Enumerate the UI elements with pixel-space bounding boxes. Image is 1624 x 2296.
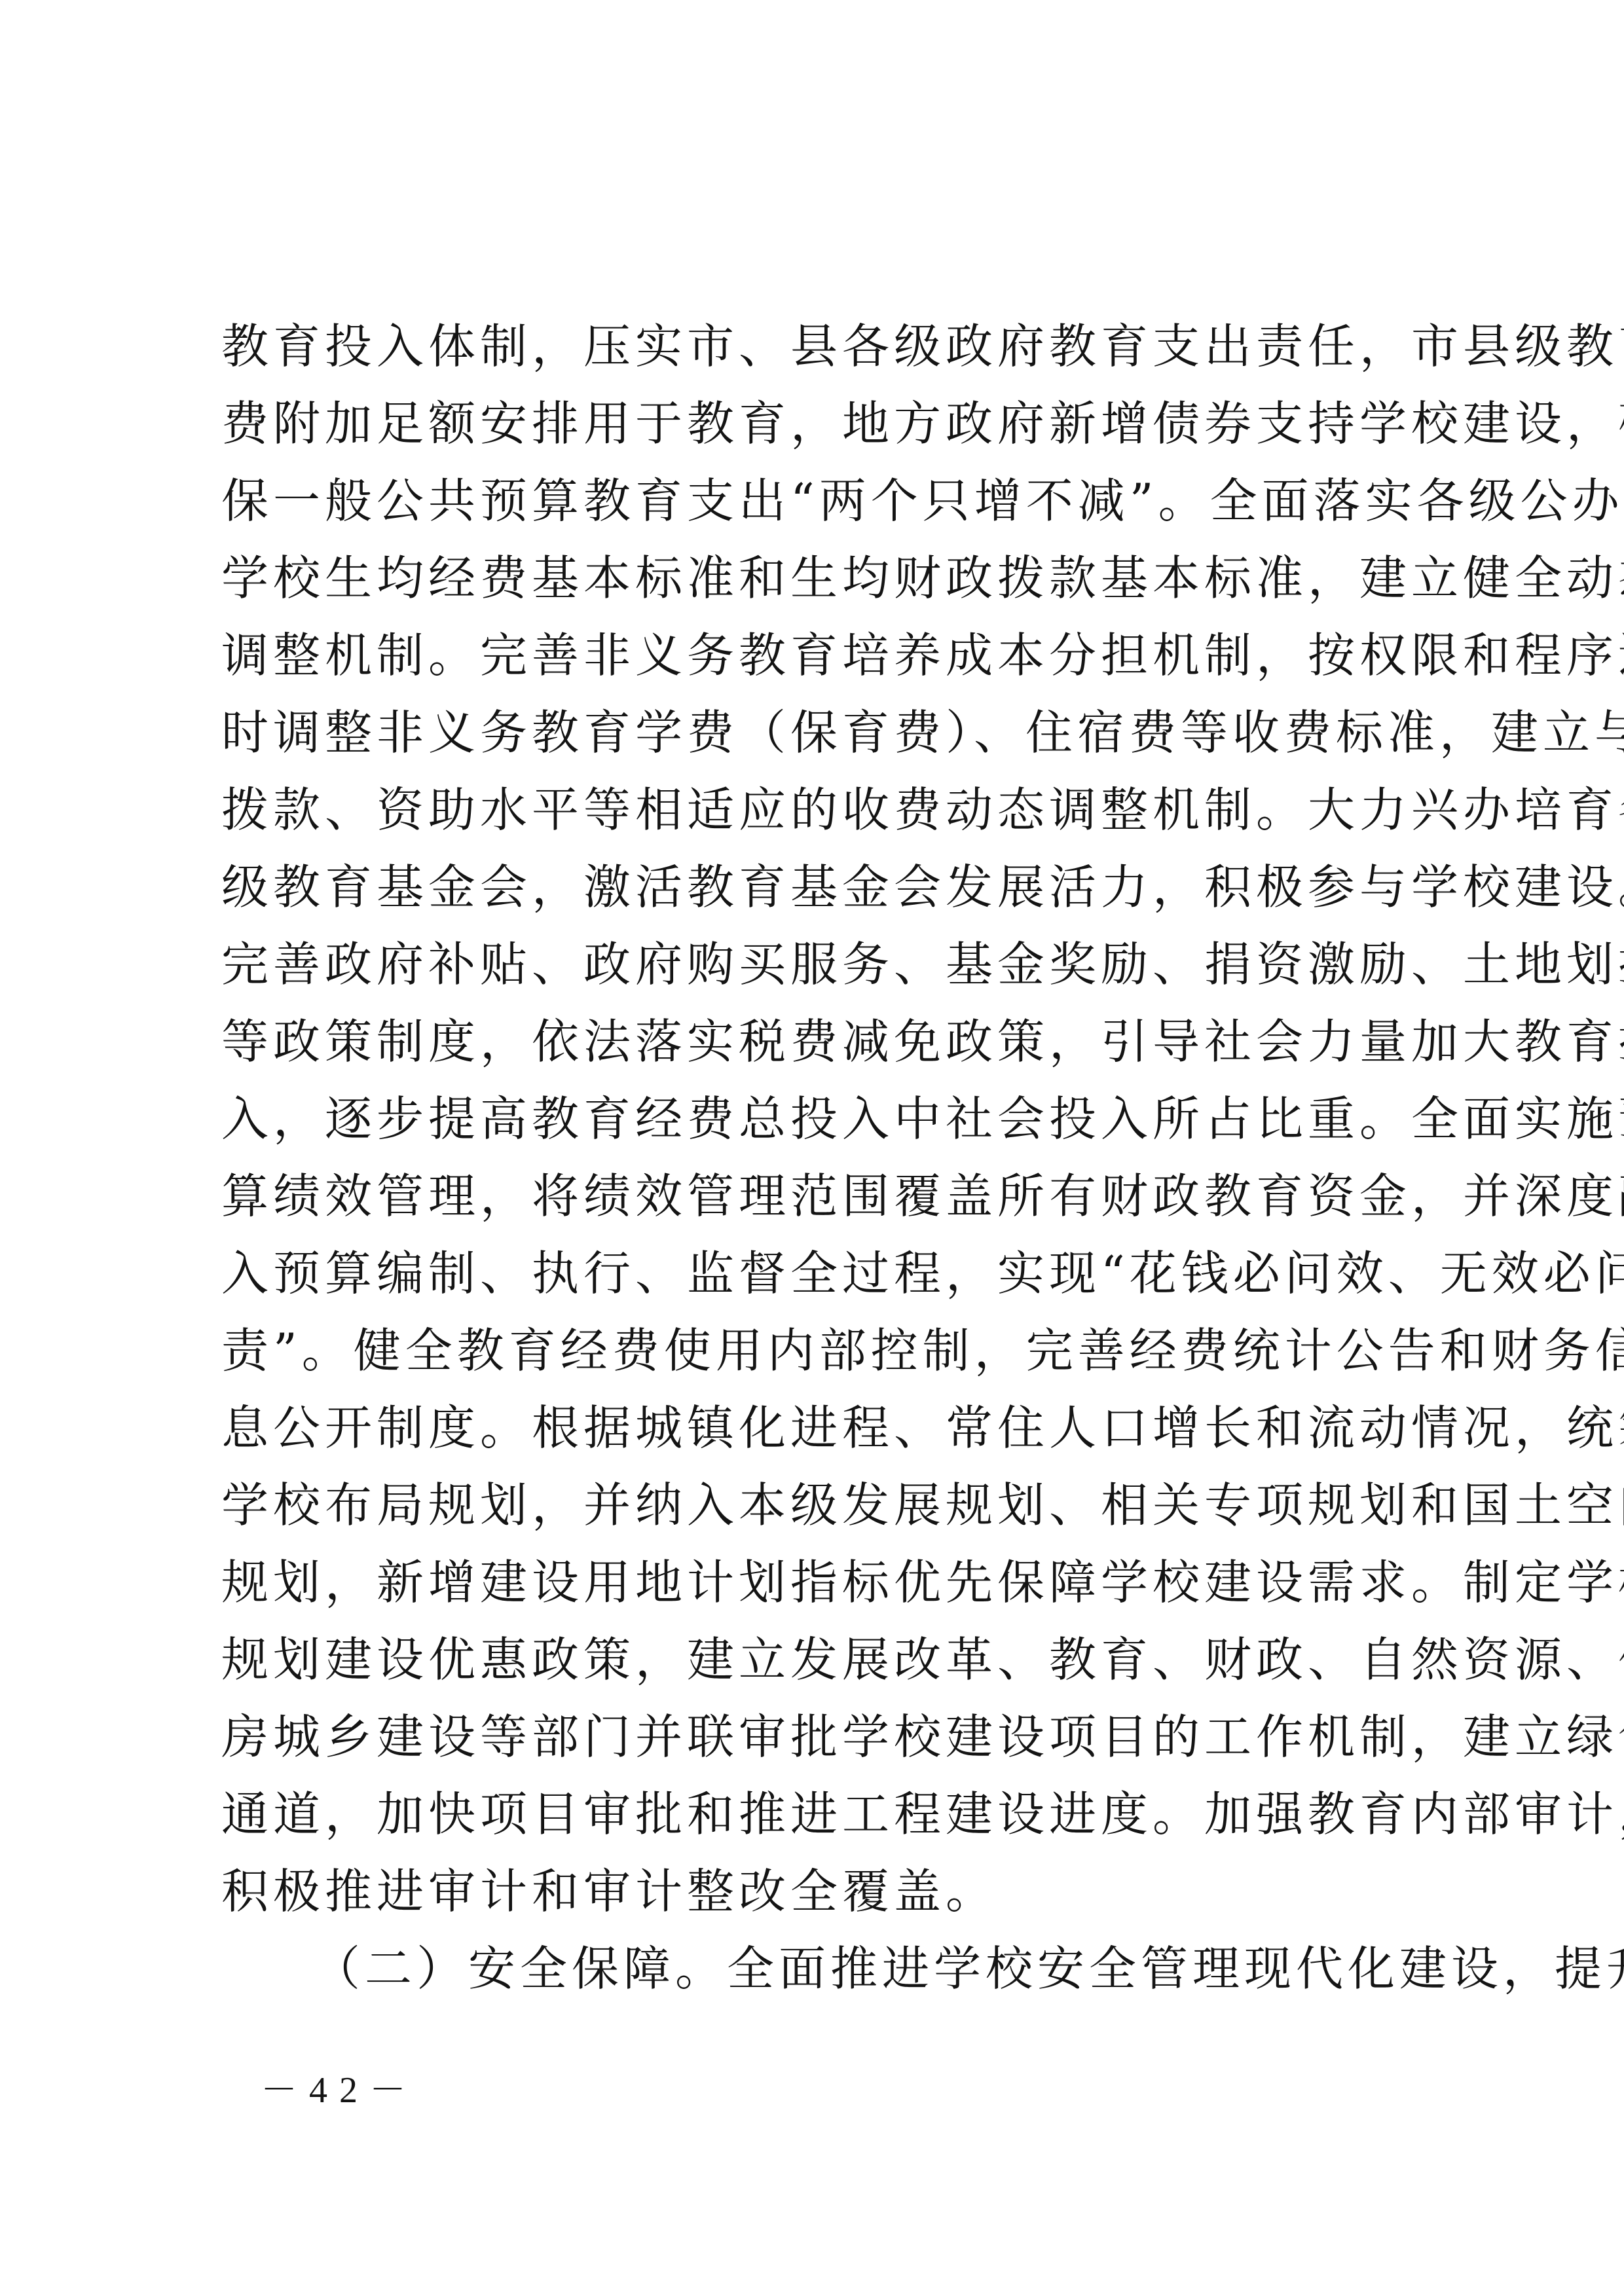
text-line: 等政策制度，依法落实税费减免政策，引导社会力量加大教育投 — [221, 1003, 1426, 1080]
text-line: 拨款、资助水平等相适应的收费动态调整机制。大力兴办培育各 — [221, 771, 1426, 848]
text-line: 规划，新增建设用地计划指标优先保障学校建设需求。制定学校 — [221, 1544, 1426, 1621]
text-line: 时调整非义务教育学费（保育费）、住宿费等收费标准，建立与 — [221, 694, 1426, 771]
text-line: 费附加足额安排用于教育，地方政府新增债券支持学校建设，确 — [221, 385, 1426, 462]
body-text: 教育投入体制，压实市、县各级政府教育支出责任，市县级教育 费附加足额安排用于教育… — [221, 308, 1426, 2007]
text-line: 保一般公共预算教育支出“两个只增不减”。全面落实各级公办 — [221, 462, 1426, 539]
document-page: 教育投入体制，压实市、县各级政府教育支出责任，市县级教育 费附加足额安排用于教育… — [0, 0, 1624, 2296]
text-line: 完善政府补贴、政府购买服务、基金奖励、捐资激励、土地划拨 — [221, 926, 1426, 1003]
text-line: 责”。健全教育经费使用内部控制，完善经费统计公告和财务信 — [221, 1312, 1426, 1389]
page-number: －42－ — [261, 2061, 418, 2113]
text-line: 房城乡建设等部门并联审批学校建设项目的工作机制，建立绿色 — [221, 1698, 1426, 1776]
text-line: 入，逐步提高教育经费总投入中社会投入所占比重。全面实施预 — [221, 1080, 1426, 1157]
text-line: 教育投入体制，压实市、县各级政府教育支出责任，市县级教育 — [221, 308, 1426, 385]
text-line: 入预算编制、执行、监督全过程，实现“花钱必问效、无效必问 — [221, 1235, 1426, 1312]
text-line: 算绩效管理，将绩效管理范围覆盖所有财政教育资金，并深度融 — [221, 1157, 1426, 1235]
section-heading-line: （二）安全保障。全面推进学校安全管理现代化建设，提升 — [221, 1930, 1426, 2007]
text-line: 规划建设优惠政策，建立发展改革、教育、财政、自然资源、住 — [221, 1621, 1426, 1698]
text-line: 积极推进审计和审计整改全覆盖。 — [221, 1853, 1426, 1930]
text-line: 息公开制度。根据城镇化进程、常住人口增长和流动情况，统筹 — [221, 1389, 1426, 1467]
text-line: 级教育基金会，激活教育基金会发展活力，积极参与学校建设。 — [221, 848, 1426, 926]
text-line: 通道，加快项目审批和推进工程建设进度。加强教育内部审计， — [221, 1776, 1426, 1853]
text-line: 学校生均经费基本标准和生均财政拨款基本标准，建立健全动态 — [221, 539, 1426, 617]
text-line: 调整机制。完善非义务教育培养成本分担机制，按权限和程序适 — [221, 617, 1426, 694]
text-line: 学校布局规划，并纳入本级发展规划、相关专项规划和国土空间 — [221, 1467, 1426, 1544]
